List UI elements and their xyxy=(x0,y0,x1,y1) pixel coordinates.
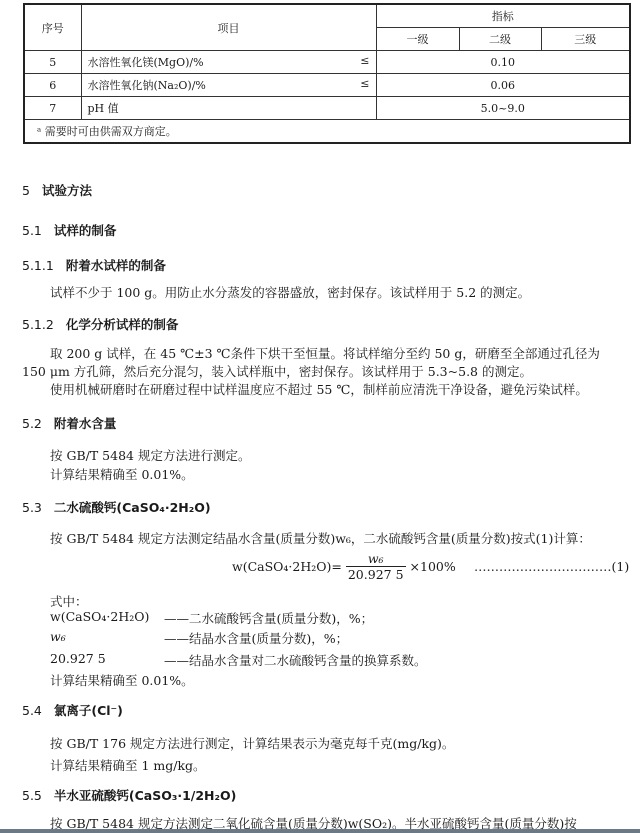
paragraph: 按 GB/T 176 规定方法进行测定，计算结果表示为毫克每千克(mg/kg)。 xyxy=(50,734,454,752)
formula-rhs: ×100% xyxy=(410,559,456,574)
paragraph: 使用机械研磨时在研磨过程中试样温度应不超过 55 ℃，制样前应清洗干净设备，避免… xyxy=(50,380,588,398)
heading-5-3: 5.3二水硫酸钙(CaSO₄·2H₂O) xyxy=(22,498,211,516)
formula-1: w(CaSO₄·2H₂O)=w₆20.927 5×100% xyxy=(232,551,456,582)
heading-number: 5 xyxy=(22,183,30,198)
heading-5-1-2: 5.1.2化学分析试样的制备 xyxy=(22,315,178,333)
heading-title: 试验方法 xyxy=(42,183,92,198)
header-grade-3: 三级 xyxy=(541,28,630,51)
paragraph: 计算结果精确至 0.01%。 xyxy=(50,671,194,689)
table-row: 7 pH 值 5.0~9.0 xyxy=(24,97,630,120)
header-seq: 序号 xyxy=(24,4,81,51)
heading-number: 5.1.1 xyxy=(22,258,54,273)
paragraph: 试样不少于 100 g。用防止水分蒸发的容器盛放，密封保存。该试样用于 5.2 … xyxy=(50,283,530,301)
row-item-label: 水溶性氧化钠(Na₂O)/% xyxy=(88,79,206,92)
paragraph: 按 GB/T 5484 规定方法进行测定。 xyxy=(50,446,250,464)
row-item: 水溶性氧化钠(Na₂O)/%≤ xyxy=(81,74,376,97)
less-equal-sign: ≤ xyxy=(360,77,369,90)
heading-title: 附着水试样的制备 xyxy=(66,258,166,273)
row-value: 0.10 xyxy=(376,51,630,74)
heading-5-2: 5.2附着水含量 xyxy=(22,414,116,432)
paragraph: 计算结果精确至 1 mg/kg。 xyxy=(50,756,206,774)
specification-table: 序号 项目 指标 一级 二级 三级 5 水溶性氧化镁(MgO)/%≤ 0.10 … xyxy=(23,3,631,144)
heading-title: 附着水含量 xyxy=(54,416,117,431)
heading-title: 二水硫酸钙(CaSO₄·2H₂O) xyxy=(54,500,211,515)
header-index: 指标 xyxy=(376,4,630,28)
definition-text: ——二水硫酸钙含量(质量分数)，%； xyxy=(164,609,373,627)
definition-symbol: w₆ xyxy=(50,629,66,644)
formula-tag: ……………………………(1) xyxy=(474,559,629,574)
heading-title: 半水亚硫酸钙(CaSO₃·1/2H₂O) xyxy=(54,788,236,803)
row-item: 水溶性氧化镁(MgO)/%≤ xyxy=(81,51,376,74)
table-footnote: ᵃ 需要时可由供需双方商定。 xyxy=(24,120,630,144)
row-seq: 7 xyxy=(24,97,81,120)
heading-5-5: 5.5半水亚硫酸钙(CaSO₃·1/2H₂O) xyxy=(22,786,236,804)
heading-5-1: 5.1试样的制备 xyxy=(22,221,116,239)
heading-5: 5试验方法 xyxy=(22,181,92,199)
paragraph: 计算结果精确至 0.01%。 xyxy=(50,465,194,483)
paragraph: 取 200 g 试样，在 45 ℃±3 ℃条件下烘干至恒量。将试样缩分至约 50… xyxy=(50,344,600,362)
row-seq: 5 xyxy=(24,51,81,74)
heading-number: 5.2 xyxy=(22,416,42,431)
definition-text: ——结晶水含量(质量分数)，%； xyxy=(164,629,348,647)
heading-title: 化学分析试样的制备 xyxy=(66,317,179,332)
header-grade-1: 一级 xyxy=(376,28,459,51)
bottom-edge-bar xyxy=(0,829,640,833)
row-item: pH 值 xyxy=(81,97,376,120)
header-grade-2: 二级 xyxy=(459,28,541,51)
heading-title: 氯离子(Cl⁻) xyxy=(54,703,123,718)
heading-5-4: 5.4氯离子(Cl⁻) xyxy=(22,701,123,719)
heading-number: 5.5 xyxy=(22,788,42,803)
less-equal-sign: ≤ xyxy=(360,54,369,67)
row-value: 5.0~9.0 xyxy=(376,97,630,120)
heading-number: 5.1.2 xyxy=(22,317,54,332)
heading-number: 5.3 xyxy=(22,500,42,515)
formula-lhs: w(CaSO₄·2H₂O)= xyxy=(232,559,342,574)
formula-numerator: w₆ xyxy=(346,551,406,567)
heading-number: 5.4 xyxy=(22,703,42,718)
formula-fraction: w₆20.927 5 xyxy=(346,551,406,582)
heading-number: 5.1 xyxy=(22,223,42,238)
definition-text: ——结晶水含量对二水硫酸钙含量的换算系数。 xyxy=(164,651,427,669)
formula-denominator: 20.927 5 xyxy=(346,567,406,582)
where-label: 式中： xyxy=(50,592,88,610)
heading-5-1-1: 5.1.1附着水试样的制备 xyxy=(22,256,166,274)
heading-title: 试样的制备 xyxy=(54,223,117,238)
row-seq: 6 xyxy=(24,74,81,97)
row-item-label: 水溶性氧化镁(MgO)/% xyxy=(88,56,204,69)
table-row: 6 水溶性氧化钠(Na₂O)/%≤ 0.06 xyxy=(24,74,630,97)
paragraph: 150 μm 方孔筛，然后充分混匀，装入试样瓶中，密封保存。该试样用于 5.3~… xyxy=(22,362,532,380)
definition-symbol: 20.927 5 xyxy=(50,651,106,666)
row-item-label: pH 值 xyxy=(88,102,119,115)
definition-symbol: w(CaSO₄·2H₂O) xyxy=(50,609,149,624)
header-item: 项目 xyxy=(81,4,376,51)
paragraph: 按 GB/T 5484 规定方法测定结晶水含量(质量分数)w₆，二水硫酸钙含量(… xyxy=(50,529,591,547)
table-row: 5 水溶性氧化镁(MgO)/%≤ 0.10 xyxy=(24,51,630,74)
row-value: 0.06 xyxy=(376,74,630,97)
